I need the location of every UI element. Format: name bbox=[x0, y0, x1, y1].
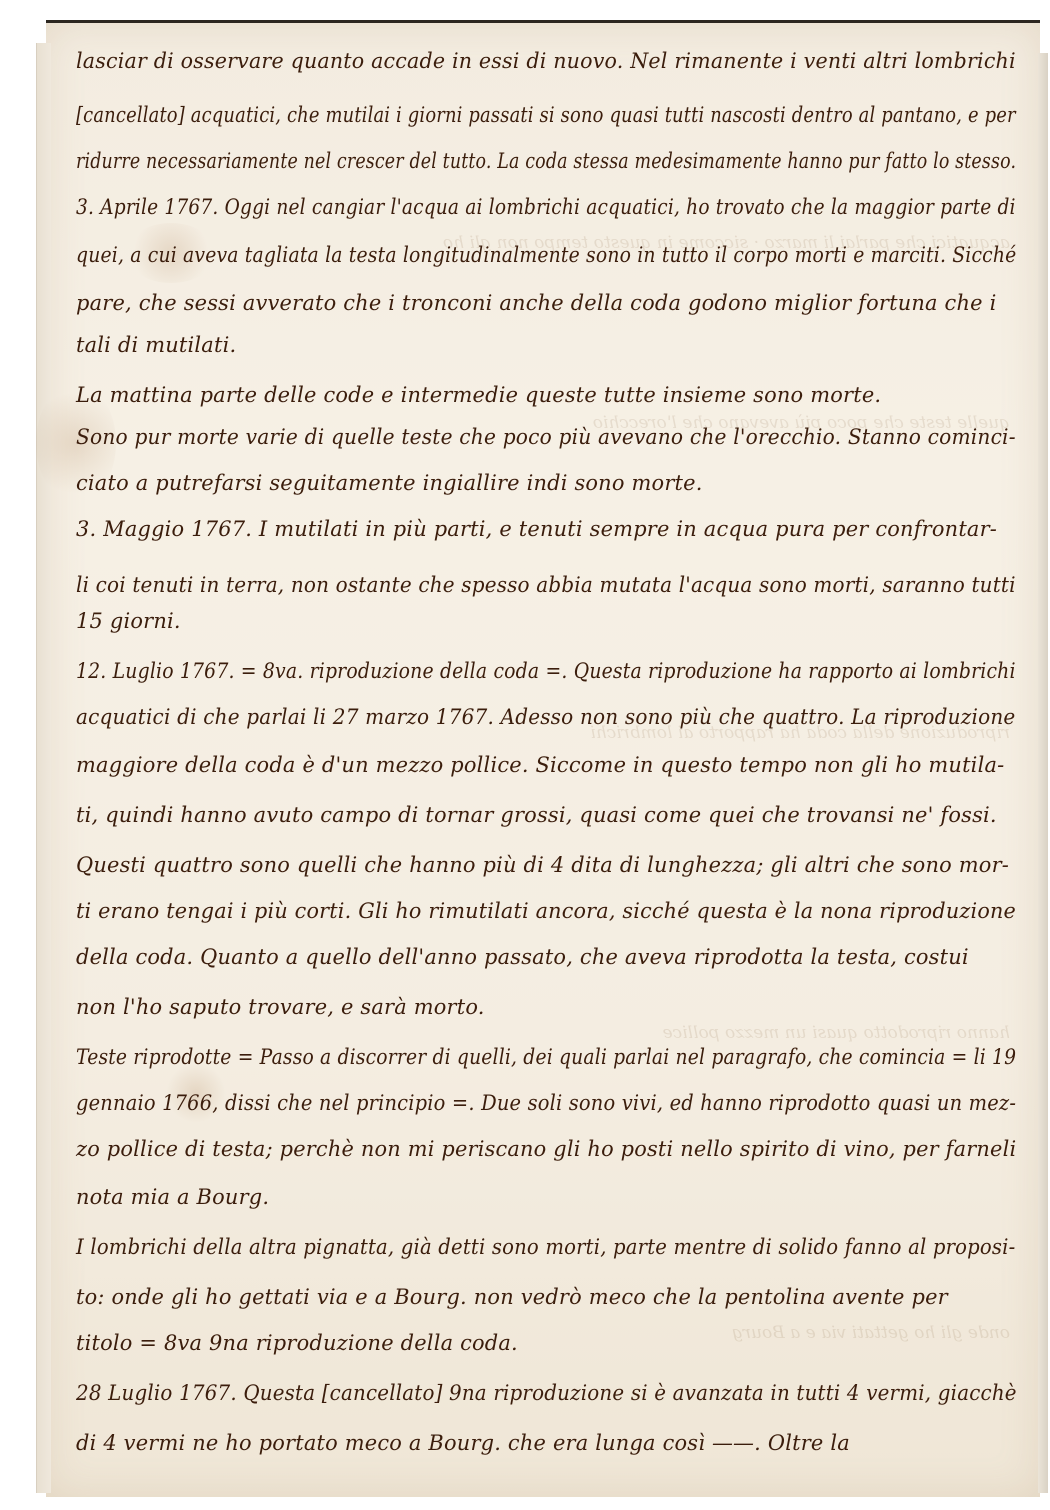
manuscript-page: acquatici che parlai li marzo · siccome … bbox=[46, 20, 1040, 1497]
manuscript-line-entry-date: 12. Luglio 1767. = 8va. riproduzione del… bbox=[76, 659, 922, 683]
manuscript-line-entry-date: 3. Maggio 1767. I mutilati in più parti,… bbox=[76, 517, 1016, 541]
manuscript-line: maggiore della coda è d'un mezzo pollice… bbox=[76, 753, 1016, 777]
manuscript-line: li coi tenuti in terra, non ostante che … bbox=[76, 573, 973, 597]
manuscript-line: Sono pur morte varie di quelle teste che… bbox=[76, 425, 982, 449]
manuscript-line: gennaio 1766, dissi che nel principio =.… bbox=[76, 1091, 949, 1115]
manuscript-line-entry-date: 3. Aprile 1767. Oggi nel cangiar l'acqua… bbox=[76, 195, 911, 219]
manuscript-line-entry-heading: Teste riprodotte = Passo a discorrer di … bbox=[76, 1045, 917, 1069]
manuscript-line: Questi quattro sono quelli che hanno più… bbox=[76, 853, 1016, 877]
manuscript-line: ridurre necessariamente nel crescer del … bbox=[76, 149, 859, 173]
manuscript-line: tali di mutilati. bbox=[76, 333, 1016, 357]
manuscript-line: titolo = 8va 9na riproduzione della coda… bbox=[76, 1331, 1016, 1355]
manuscript-line: ti erano tengai i più corti. Gli ho rimu… bbox=[76, 899, 1008, 923]
manuscript-line: La mattina parte delle code e intermedie… bbox=[76, 383, 1016, 407]
manuscript-line: pare, che sessi avverato che i tronconi … bbox=[76, 291, 1016, 315]
manuscript-line-entry-date: 28 Luglio 1767. Questa [cancellato] 9na … bbox=[76, 1381, 968, 1405]
manuscript-line: di 4 vermi ne ho portato meco a Bourg. c… bbox=[76, 1431, 1016, 1455]
manuscript-line: quei, a cui aveva tagliata la testa long… bbox=[76, 243, 920, 267]
bleed-through-text: hanno riprodotto quasi un mezzo pollice bbox=[86, 1023, 1010, 1043]
manuscript-line: lasciar di osservare quanto accade in es… bbox=[76, 49, 1001, 73]
manuscript-line: I lombrichi della altra pignatta, già de… bbox=[76, 1235, 958, 1259]
manuscript-line: 15 giorni. bbox=[76, 609, 1016, 633]
manuscript-line: acquatici di che parlai li 27 marzo 1767… bbox=[76, 705, 976, 729]
manuscript-line: [cancellato] acquatici, che mutilai i gi… bbox=[76, 103, 880, 127]
manuscript-line: della coda. Quanto a quello dell'anno pa… bbox=[76, 945, 1016, 969]
manuscript-line: to: onde gli ho gettati via e a Bourg. n… bbox=[76, 1285, 1016, 1309]
manuscript-line: zo pollice di testa; perchè non mi peris… bbox=[76, 1137, 1014, 1161]
manuscript-line: nota mia a Bourg. bbox=[76, 1185, 1016, 1209]
manuscript-line: ciato a putrefarsi seguitamente ingialli… bbox=[76, 471, 1016, 495]
manuscript-line: ti, quindi hanno avuto campo di tornar g… bbox=[76, 803, 1016, 827]
manuscript-line: non l'ho saputo trovare, e sarà morto. bbox=[76, 995, 1016, 1019]
